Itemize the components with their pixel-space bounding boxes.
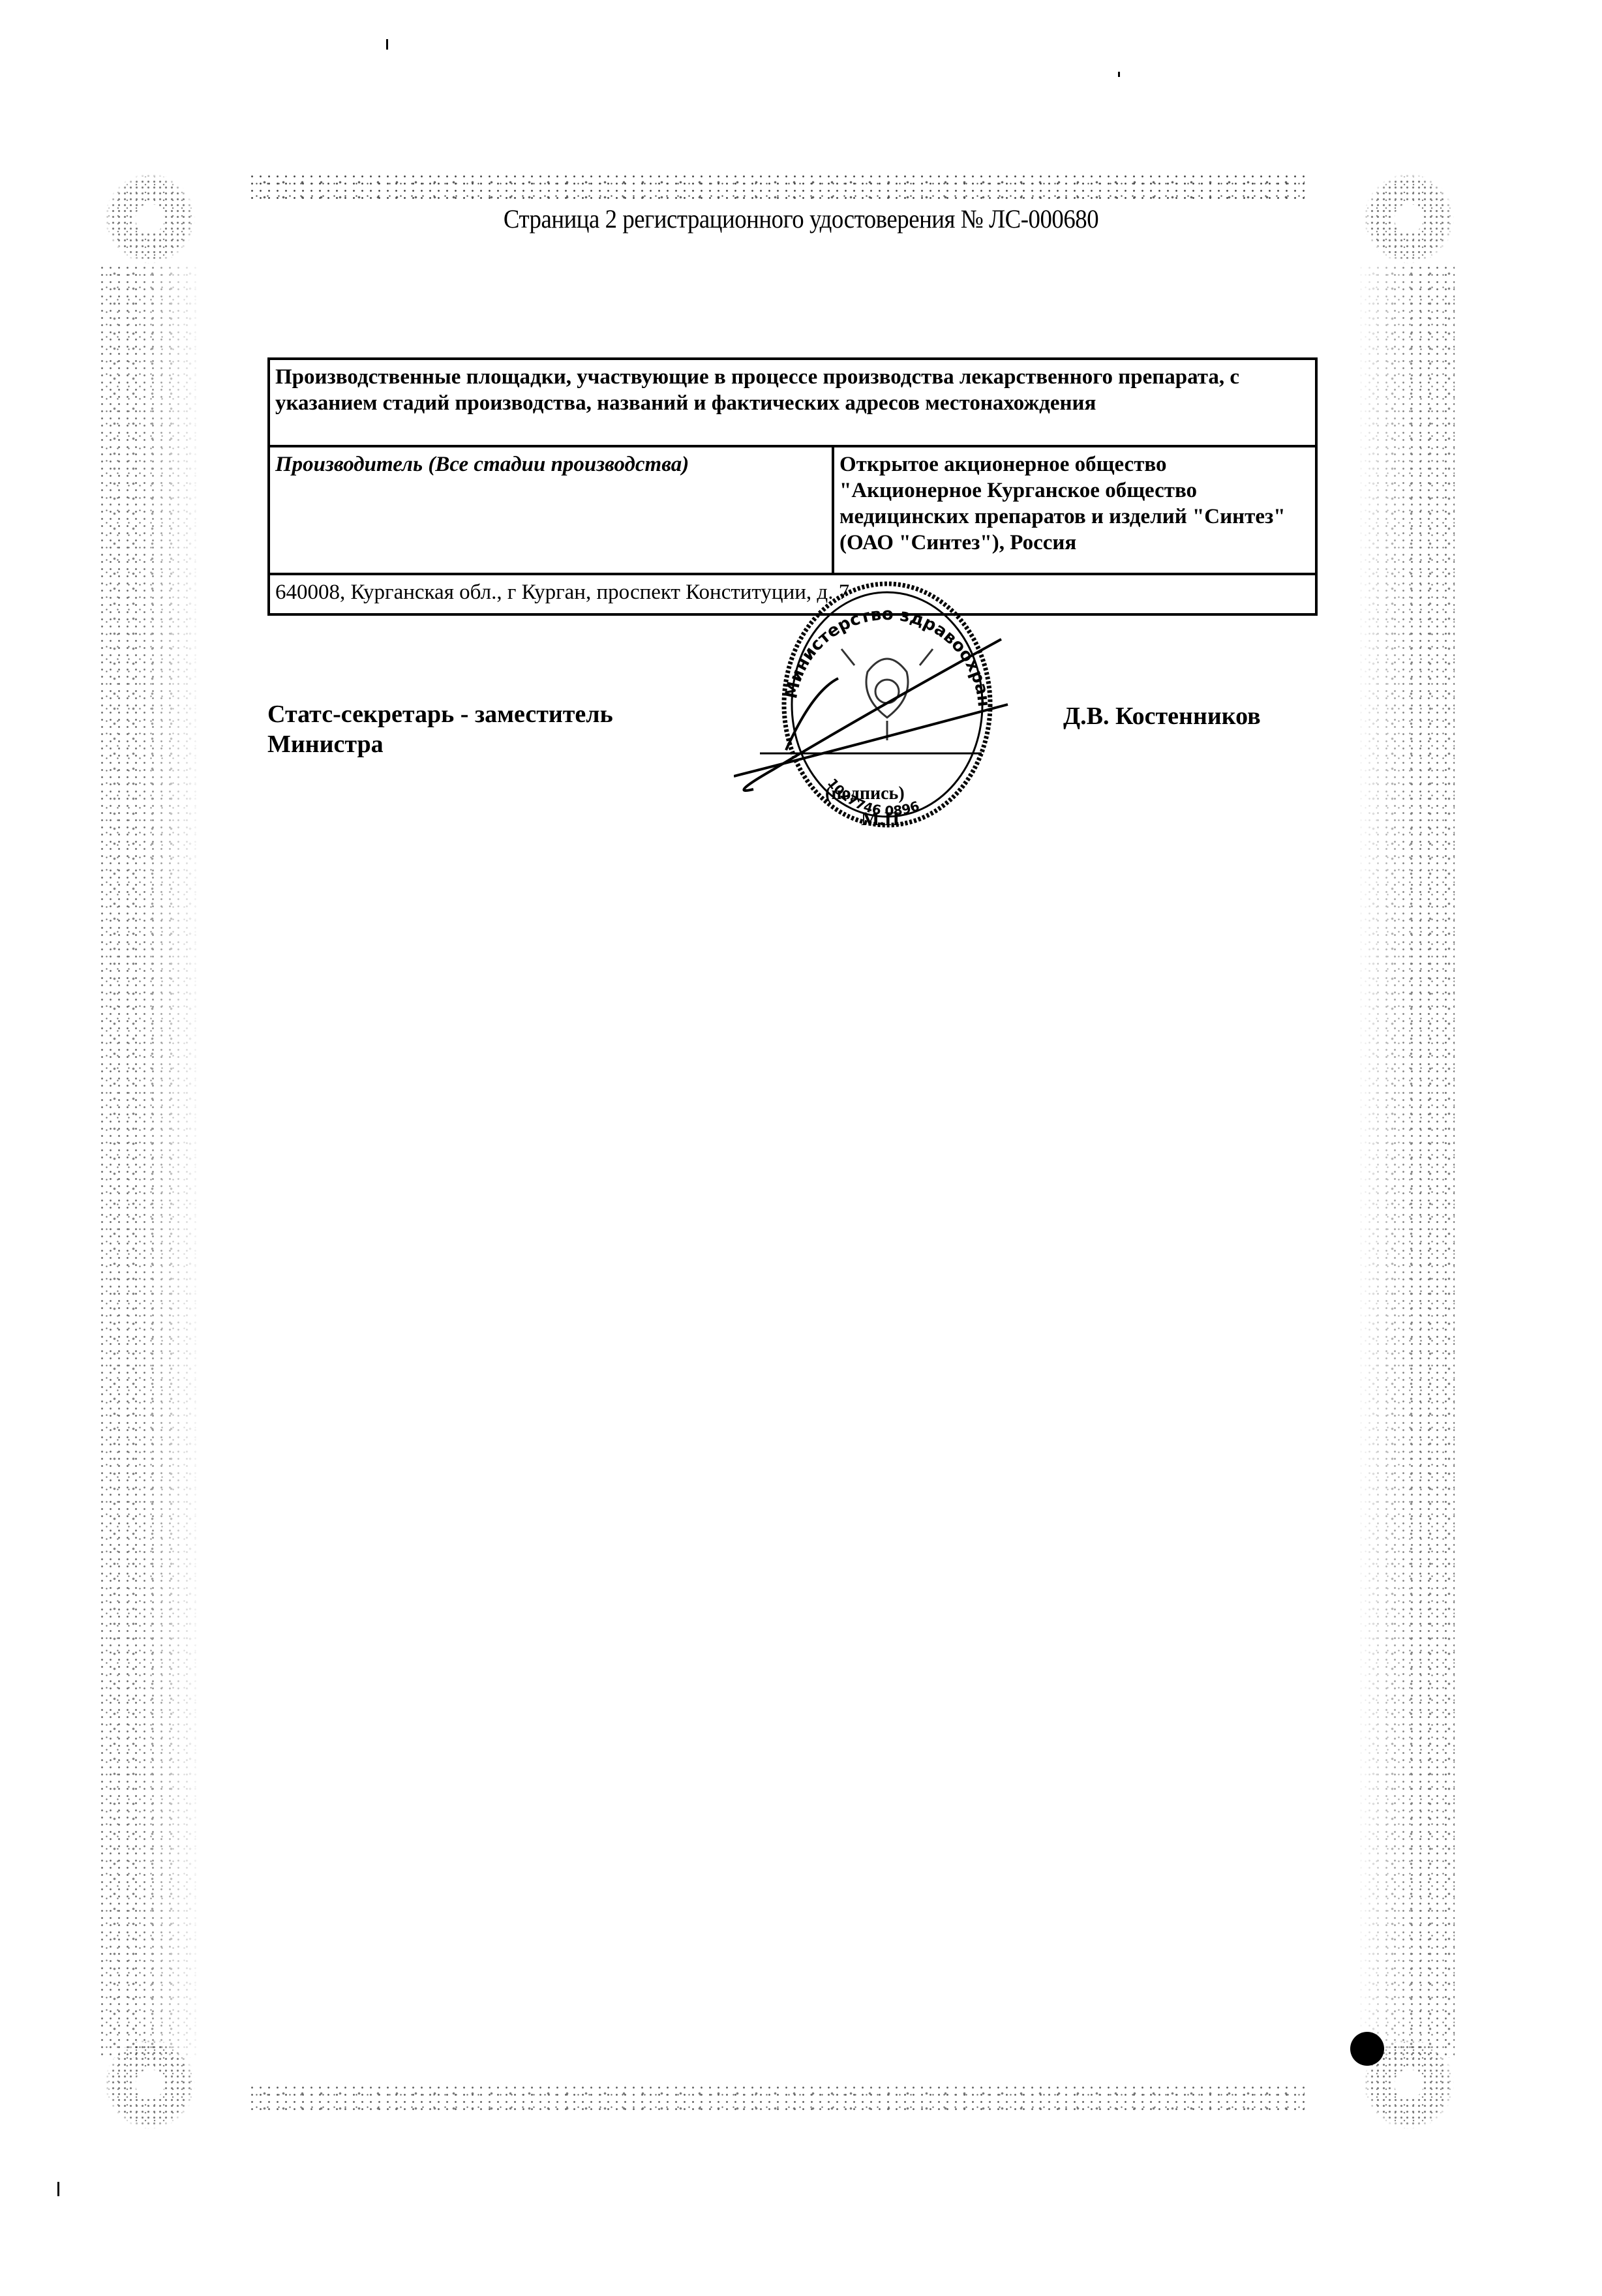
scan-artifact: [57, 2182, 59, 2196]
signatory-name: Д.В. Костенников: [1063, 702, 1261, 731]
corner-rosette-icon: [104, 2038, 196, 2130]
table-row: Производитель (Все стадии производства) …: [269, 446, 1316, 574]
manufacturer-name: Открытое акционерное общество "Акционерн…: [833, 446, 1316, 574]
border-top-pattern: [248, 173, 1305, 200]
official-seal-icon: Министерство здравоохранения Российской …: [734, 574, 1040, 835]
seal-outer-text: Министерство здравоохранения Российской …: [734, 574, 993, 708]
page-header: Страница 2 регистрационного удостоверени…: [64, 204, 1538, 234]
scan-artifact: [1118, 72, 1120, 77]
svg-text:Министерство здравоохранения Р: Министерство здравоохранения Российской …: [734, 574, 993, 708]
border-bottom-pattern: [248, 2084, 1305, 2115]
border-right-pattern: [1357, 264, 1455, 2058]
seal-label: М.П.: [861, 808, 905, 830]
signatory-title: Статс-секретарь - заместитель Министра: [267, 699, 613, 759]
signatory-title-line1: Статс-секретарь - заместитель: [267, 699, 613, 729]
table-header-cell: Производственные площадки, участвующие в…: [269, 359, 1316, 446]
manufacturer-label: Производитель (Все стадии производства): [269, 446, 833, 574]
signature-label: (подпись): [825, 783, 905, 804]
scan-artifact: [386, 39, 388, 50]
table-header-row: Производственные площадки, участвующие в…: [269, 359, 1316, 446]
border-left-pattern: [98, 264, 202, 2058]
signatory-title-line2: Министра: [267, 729, 613, 759]
punch-hole-icon: [1350, 2032, 1384, 2066]
